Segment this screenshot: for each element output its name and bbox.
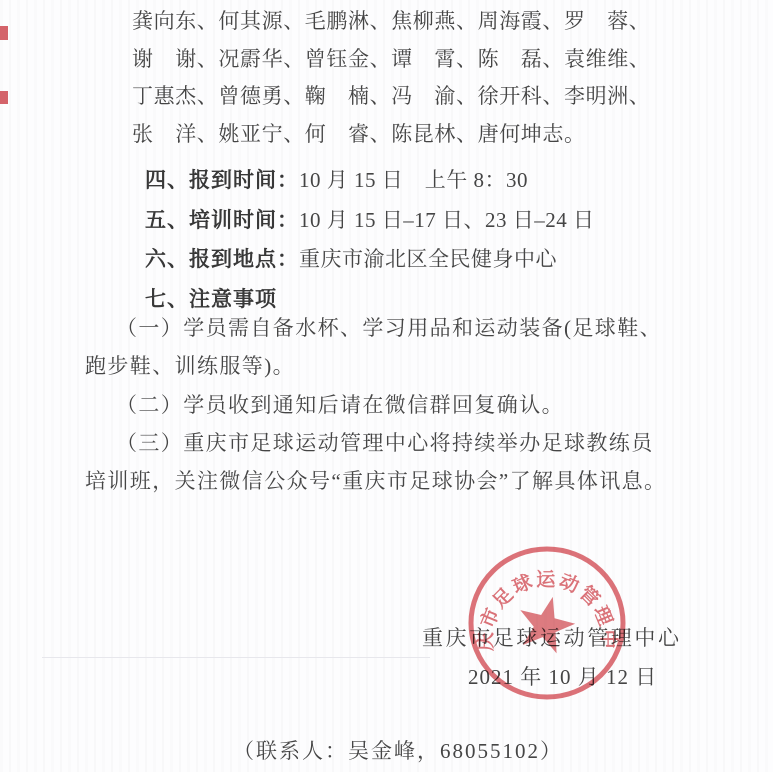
scan-artifact-line xyxy=(42,657,430,658)
contact-line: （联系人：吴金峰，68055102） xyxy=(233,735,563,765)
item-value: 10 月 15 日 上午 8：30 xyxy=(299,168,528,192)
numbered-items: 四、报到时间：10 月 15 日 上午 8：30 五、培训时间：10 月 15 … xyxy=(145,162,595,320)
red-edge-mark xyxy=(0,26,8,40)
note-line: 跑步鞋、训练服等)。 xyxy=(85,347,666,385)
note-line: （三）重庆市足球运动管理中心将持续举办足球教练员 xyxy=(85,424,666,462)
note-line: 培训班，关注微信公众号“重庆市足球协会”了解具体讯息。 xyxy=(85,462,666,500)
item-report-time: 四、报到时间：10 月 15 日 上午 8：30 xyxy=(145,162,595,202)
item-value: 10 月 15 日–17 日、23 日–24 日 xyxy=(299,208,595,232)
scanned-document-page: 龚向东、何其源、毛鹏淋、焦柳燕、周海霞、罗 蓉、 谢 谢、况霨华、曾钰金、谭 霄… xyxy=(0,0,773,772)
seal-star-icon xyxy=(512,590,580,656)
seal-svg: 重庆市足球运动管理中心 xyxy=(466,545,628,703)
roster-line: 张 洋、姚亚宁、何 睿、陈昆林、唐何坤志。 xyxy=(132,116,650,154)
item-label: 七、注意事项 xyxy=(145,288,277,311)
roster-line: 丁惠杰、曾德勇、鞠 楠、冯 渝、徐开科、李明洲、 xyxy=(132,78,650,116)
note-line: （二）学员收到通知后请在微信群回复确认。 xyxy=(85,386,666,424)
item-label: 四、报到时间： xyxy=(145,169,299,192)
note-line: （一）学员需自备水杯、学习用品和运动装备(足球鞋、 xyxy=(85,309,666,347)
roster-line: 谢 谢、况霨华、曾钰金、谭 霄、陈 磊、袁维维、 xyxy=(132,41,650,79)
roster-line: 龚向东、何其源、毛鹏淋、焦柳燕、周海霞、罗 蓉、 xyxy=(132,3,650,41)
red-edge-mark xyxy=(0,91,8,104)
item-label: 五、培训时间： xyxy=(145,209,299,232)
item-report-place: 六、报到地点：重庆市渝北区全民健身中心 xyxy=(145,241,595,281)
item-label: 六、报到地点： xyxy=(145,248,299,271)
item-value: 重庆市渝北区全民健身中心 xyxy=(299,247,557,271)
official-seal-stamp: 重庆市足球运动管理中心 xyxy=(466,545,628,703)
name-roster: 龚向东、何其源、毛鹏淋、焦柳燕、周海霞、罗 蓉、 谢 谢、况霨华、曾钰金、谭 霄… xyxy=(132,3,650,153)
item-training-time: 五、培训时间：10 月 15 日–17 日、23 日–24 日 xyxy=(145,202,595,242)
notes-paragraphs: （一）学员需自备水杯、学习用品和运动装备(足球鞋、 跑步鞋、训练服等)。 （二）… xyxy=(85,309,666,500)
